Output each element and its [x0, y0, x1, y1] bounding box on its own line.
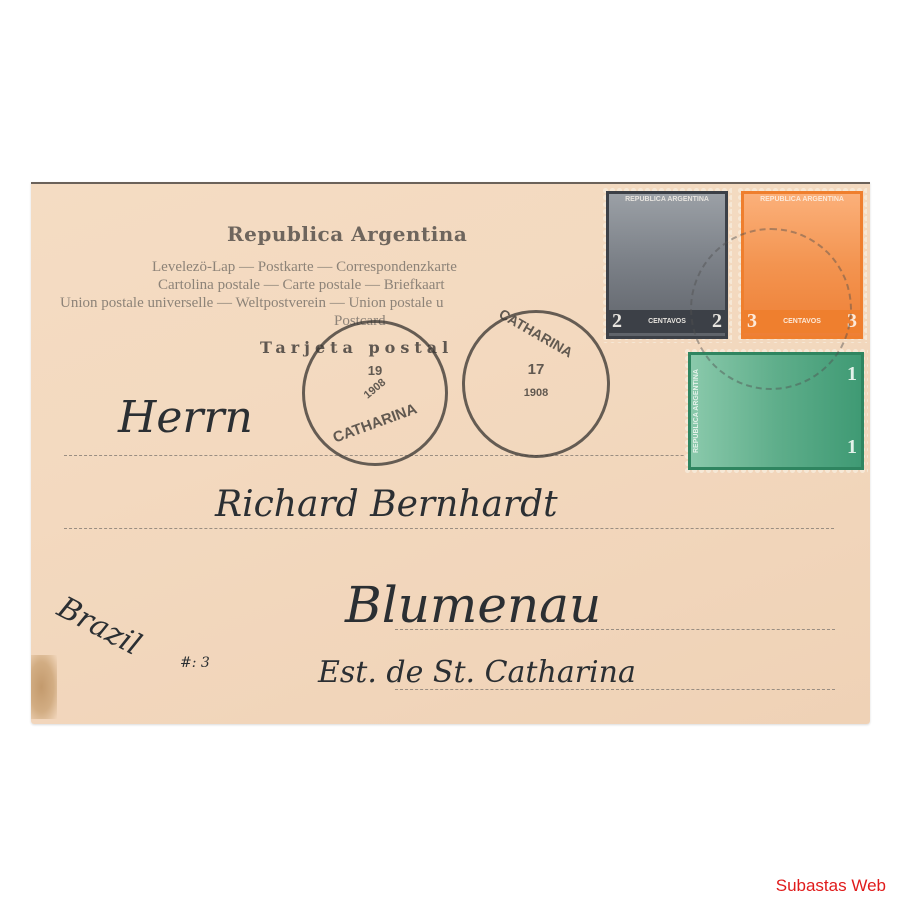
stamp-cancel-postmark [690, 228, 852, 390]
paper-stain [31, 655, 57, 719]
watermark-text: Subastas Web [776, 876, 886, 896]
postmark-left: CATHARINA 19 1908 [302, 320, 448, 466]
handwritten-note: #: 3 [180, 655, 210, 671]
handwritten-recipient: Richard Bernhardt [215, 484, 558, 525]
printed-line-2: Cartolina postale — Carte postale — Brie… [158, 277, 445, 294]
printed-line-3: Union postale universelle — Weltpostvere… [60, 295, 443, 312]
handwritten-salutation: Herrn [118, 392, 253, 443]
handwritten-state: Est. de St. Catharina [318, 655, 636, 690]
printed-line-1: Levelezö-Lap — Postkarte — Correspondenz… [152, 259, 457, 276]
postmark-right: CATHARINA 17 1908 [462, 310, 610, 458]
address-line-2 [64, 528, 834, 529]
handwritten-city: Blumenau [345, 576, 601, 634]
printed-title: Republica Argentina [227, 222, 467, 246]
